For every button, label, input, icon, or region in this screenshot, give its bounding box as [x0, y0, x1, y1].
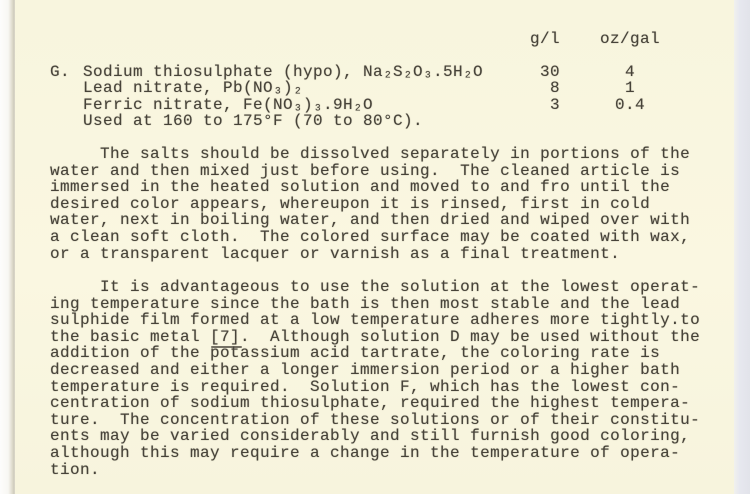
- table-row: Used at 160 to 175°F (70 to 80°C).: [0, 113, 750, 130]
- table-row: Lead nitrate, Pb(NO₃)₂ 8 1: [0, 80, 750, 97]
- citation-underline-mark: [211, 346, 242, 348]
- usage-temperature-note: Used at 160 to 175°F (70 to 80°C).: [83, 113, 423, 130]
- column-header-grams-per-liter: g/l: [505, 31, 560, 48]
- ingredient-gl-value: 3: [505, 97, 560, 114]
- scanned-document-page: g/l oz/gal G. Sodium thiosulphate (hypo)…: [0, 0, 750, 494]
- page-left-edge: [0, 0, 15, 494]
- ingredient-ozgal-value: 1: [596, 80, 664, 97]
- paragraph-dissolving-instructions: The salts should be dissolved separately…: [50, 146, 690, 262]
- page-right-edge: [734, 0, 750, 494]
- ingredient-name: Lead nitrate, Pb(NO₃)₂: [83, 80, 303, 97]
- ingredient-ozgal-value: 0.4: [596, 97, 664, 114]
- solution-label: G.: [50, 64, 70, 81]
- column-header-oz-per-gallon: oz/gal: [596, 31, 664, 48]
- paragraph-temperature-discussion: It is advantageous to use the solution a…: [50, 279, 700, 478]
- ingredient-gl-value: 8: [505, 80, 560, 97]
- table-header-row: g/l oz/gal: [0, 31, 750, 48]
